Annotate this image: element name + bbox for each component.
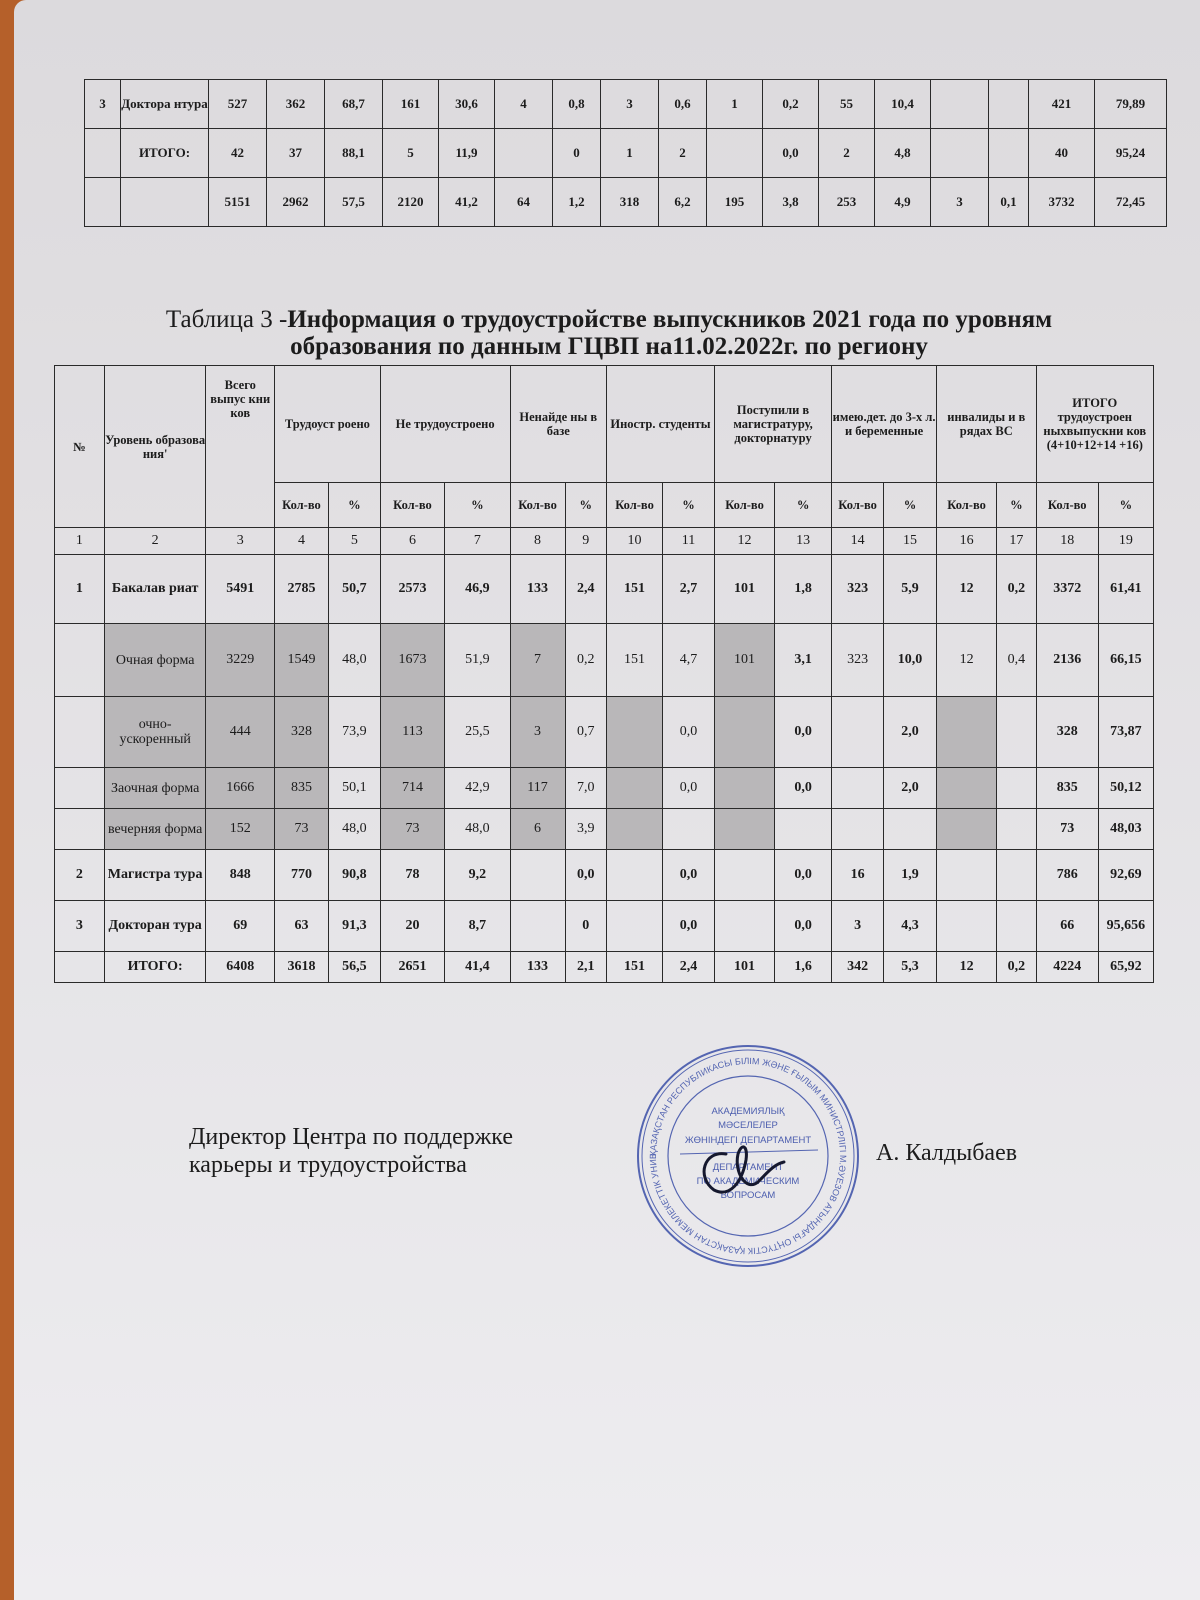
table-cell: 73	[1036, 809, 1098, 850]
column-number: 11	[663, 528, 715, 555]
table-cell: 4,3	[884, 901, 937, 952]
table-cell: 2651	[380, 952, 444, 983]
table-cell: 4,7	[663, 624, 715, 697]
header-level: Уровень образова ния'	[104, 366, 206, 528]
table-cell: 3	[601, 80, 659, 129]
table-cell: 2,1	[565, 952, 607, 983]
table-cell: 113	[380, 697, 444, 768]
table-cell: 90,8	[328, 850, 380, 901]
header-total-employed: ИТОГО трудоустроен ныхвыпускни ков (4+10…	[1036, 366, 1153, 483]
table-cell: 42	[209, 129, 267, 178]
table-cell: 2136	[1036, 624, 1098, 697]
column-number: 14	[832, 528, 884, 555]
table-cell: 10,4	[875, 80, 931, 129]
table-cell: 12	[936, 624, 996, 697]
table-cell	[931, 129, 989, 178]
table-cell	[607, 809, 663, 850]
table-cell: 7,0	[565, 768, 607, 809]
header-qty: Кол-во	[607, 483, 663, 528]
table-cell: 66,15	[1098, 624, 1153, 697]
table-cell: 253	[819, 178, 875, 227]
table-cell: 55	[819, 80, 875, 129]
header-pct: %	[445, 483, 510, 528]
table-cell: 73,87	[1098, 697, 1153, 768]
column-number: 6	[380, 528, 444, 555]
table-cell	[997, 768, 1036, 809]
column-number: 13	[775, 528, 832, 555]
table-cell	[936, 850, 996, 901]
table-cell: 0,8	[553, 80, 601, 129]
table-cell: 0,0	[565, 850, 607, 901]
table-cell: 9,2	[445, 850, 510, 901]
header-foreign: Иностр. студенты	[607, 366, 715, 483]
table-cell: 0,0	[775, 768, 832, 809]
table-cell: 835	[1036, 768, 1098, 809]
table-cell: 50,12	[1098, 768, 1153, 809]
column-number: 16	[936, 528, 996, 555]
table-cell: 61,41	[1098, 555, 1153, 624]
table-cell: 41,2	[439, 178, 495, 227]
row-number	[85, 178, 121, 227]
column-number: 15	[884, 528, 937, 555]
table-cell	[997, 901, 1036, 952]
table-cell: 0,7	[565, 697, 607, 768]
table-cell: 0,0	[763, 129, 819, 178]
svg-text:ЖӨНІНДЕГІ ДЕПАРТАМЕНТ: ЖӨНІНДЕГІ ДЕПАРТАМЕНТ	[685, 1135, 811, 1146]
column-number: 3	[206, 528, 274, 555]
table-cell: 95,24	[1095, 129, 1167, 178]
document-page: 3Доктора нтура52736268,716130,640,830,61…	[14, 0, 1200, 1600]
header-pct: %	[884, 483, 937, 528]
table-cell: 2,4	[565, 555, 607, 624]
table-cell	[607, 901, 663, 952]
table-cell: 10,0	[884, 624, 937, 697]
table-cell: 5,3	[884, 952, 937, 983]
table-cell: 48,0	[328, 809, 380, 850]
table-cell: 57,5	[325, 178, 383, 227]
table-row: 1Бакалав риат5491278550,7257346,91332,41…	[55, 555, 1154, 624]
table-cell	[931, 80, 989, 129]
table-cell: 40	[1029, 129, 1095, 178]
row-number	[55, 768, 105, 809]
row-number: 3	[85, 80, 121, 129]
table-cell: 2120	[383, 178, 439, 227]
column-number: 4	[274, 528, 328, 555]
table-title: Таблица 3 -Информация о трудоустройстве …	[54, 306, 1164, 360]
table-cell: 4,8	[875, 129, 931, 178]
row-label: Доктора нтура	[121, 80, 209, 129]
table-cell: 30,6	[439, 80, 495, 129]
signatory-position: Директор Центра по поддержке карьеры и т…	[189, 1123, 513, 1179]
table-cell: 78	[380, 850, 444, 901]
row-number	[55, 624, 105, 697]
table-cell: 8,7	[445, 901, 510, 952]
table-cell: 0	[565, 901, 607, 952]
previous-table-fragment: 3Доктора нтура52736268,716130,640,830,61…	[84, 79, 1167, 227]
row-number	[55, 809, 105, 850]
table-cell	[832, 809, 884, 850]
table-cell: 0,2	[763, 80, 819, 129]
row-label: ИТОГО:	[104, 952, 206, 983]
column-number: 19	[1098, 528, 1153, 555]
table-cell: 3,8	[763, 178, 819, 227]
header-pct: %	[997, 483, 1036, 528]
row-number: 2	[55, 850, 105, 901]
column-number: 10	[607, 528, 663, 555]
table-cell	[714, 901, 774, 952]
table-cell: 848	[206, 850, 274, 901]
table-cell: 101	[714, 555, 774, 624]
table-cell: 69	[206, 901, 274, 952]
table-cell	[714, 697, 774, 768]
table-cell: 3732	[1029, 178, 1095, 227]
table-cell: 0,0	[663, 850, 715, 901]
table-cell: 4,9	[875, 178, 931, 227]
table-cell: 51,9	[445, 624, 510, 697]
row-number	[55, 697, 105, 768]
header-employed: Трудоуст роено	[274, 366, 380, 483]
row-number	[55, 952, 105, 983]
table-row: ИТОГО:423788,1511,90120,024,84095,24	[85, 129, 1167, 178]
table-cell: 63	[274, 901, 328, 952]
table-cell: 73	[274, 809, 328, 850]
table-row: Заочная форма166683550,171442,91177,00,0…	[55, 768, 1154, 809]
table-cell: 151	[607, 624, 663, 697]
table-cell	[997, 809, 1036, 850]
table-cell: 195	[707, 178, 763, 227]
table-cell: 1,6	[775, 952, 832, 983]
table-cell: 3	[931, 178, 989, 227]
table-cell: 72,45	[1095, 178, 1167, 227]
header-pct: %	[328, 483, 380, 528]
column-number: 1	[55, 528, 105, 555]
table-cell	[607, 850, 663, 901]
table-cell: 48,0	[445, 809, 510, 850]
table-cell	[936, 768, 996, 809]
table-cell: 48,0	[328, 624, 380, 697]
table-cell: 3	[510, 697, 565, 768]
table-cell: 73,9	[328, 697, 380, 768]
table-cell: 0,0	[775, 901, 832, 952]
table-row: 5151296257,5212041,2641,23186,21953,8253…	[85, 178, 1167, 227]
table-cell: 342	[832, 952, 884, 983]
column-number: 18	[1036, 528, 1098, 555]
table-cell: 5491	[206, 555, 274, 624]
table-cell: 161	[383, 80, 439, 129]
table-row: ИТОГО:6408361856,5265141,41332,11512,410…	[55, 952, 1154, 983]
table-cell: 323	[832, 624, 884, 697]
table-cell: 20	[380, 901, 444, 952]
table-cell: 151	[607, 555, 663, 624]
table-cell: 2573	[380, 555, 444, 624]
column-number: 5	[328, 528, 380, 555]
table-cell: 4	[495, 80, 553, 129]
table-cell	[714, 809, 774, 850]
table-cell: 73	[380, 809, 444, 850]
header-not-found: Ненайде ны в базе	[510, 366, 607, 483]
table-cell: 2,7	[663, 555, 715, 624]
table-cell: 421	[1029, 80, 1095, 129]
table-cell: 5151	[209, 178, 267, 227]
table-cell: 101	[714, 952, 774, 983]
table-cell	[989, 80, 1029, 129]
table-row: вечерняя форма1527348,07348,063,97348,03	[55, 809, 1154, 850]
table-cell: 0,2	[997, 555, 1036, 624]
table-cell: 5	[383, 129, 439, 178]
table-cell: 12	[936, 555, 996, 624]
table-cell: 770	[274, 850, 328, 901]
table-cell	[663, 809, 715, 850]
header-pct: %	[1098, 483, 1153, 528]
table-cell: 0,0	[663, 768, 715, 809]
table-cell	[997, 850, 1036, 901]
table-cell: 0,6	[659, 80, 707, 129]
table-cell: 6408	[206, 952, 274, 983]
table-cell: 2962	[267, 178, 325, 227]
table-cell: 2,0	[884, 697, 937, 768]
table-cell	[510, 850, 565, 901]
signatory-name: А. Калдыбаев	[876, 1140, 1017, 1167]
table-cell	[714, 850, 774, 901]
header-masters: Поступили в магистратуру, докторнатуру	[714, 366, 831, 483]
table-cell: 328	[1036, 697, 1098, 768]
table-cell: 92,69	[1098, 850, 1153, 901]
table-cell: 3	[832, 901, 884, 952]
header-pct: %	[775, 483, 832, 528]
table-cell: 0	[553, 129, 601, 178]
column-number: 12	[714, 528, 774, 555]
column-number: 2	[104, 528, 206, 555]
table-cell: 1673	[380, 624, 444, 697]
row-number	[85, 129, 121, 178]
table-row: Очная форма3229154948,0167351,970,21514,…	[55, 624, 1154, 697]
table-cell: 323	[832, 555, 884, 624]
table-cell	[884, 809, 937, 850]
header-num: №	[55, 366, 105, 528]
table-cell: 835	[274, 768, 328, 809]
row-label: вечерняя форма	[104, 809, 206, 850]
table-cell: 50,7	[328, 555, 380, 624]
table-cell: 362	[267, 80, 325, 129]
table-cell: 1,2	[553, 178, 601, 227]
column-number: 17	[997, 528, 1036, 555]
table-cell: 3372	[1036, 555, 1098, 624]
table-cell	[607, 768, 663, 809]
row-label: Заочная форма	[104, 768, 206, 809]
table-cell	[714, 768, 774, 809]
row-number: 3	[55, 901, 105, 952]
header-disabled: инвалиды и в рядах ВС	[936, 366, 1036, 483]
table-row: 3Докторан тура696391,3208,700,00,034,366…	[55, 901, 1154, 952]
table-cell: 6	[510, 809, 565, 850]
table-cell: 2785	[274, 555, 328, 624]
table-cell: 2,4	[663, 952, 715, 983]
table-cell: 7	[510, 624, 565, 697]
header-qty: Кол-во	[510, 483, 565, 528]
table-cell: 1666	[206, 768, 274, 809]
table-cell	[936, 901, 996, 952]
table-cell: 151	[607, 952, 663, 983]
row-label: очно-ускоренный	[104, 697, 206, 768]
table-cell: 1,9	[884, 850, 937, 901]
header-total: Всего выпус кни ков	[206, 366, 274, 528]
table-row: очно-ускоренный44432873,911325,530,70,00…	[55, 697, 1154, 768]
table-cell	[832, 697, 884, 768]
row-label: ИТОГО:	[121, 129, 209, 178]
row-label	[121, 178, 209, 227]
table-cell: 50,1	[328, 768, 380, 809]
column-number: 8	[510, 528, 565, 555]
header-children: имею.дет. до 3-х л. и беременные	[832, 366, 937, 483]
row-label: Докторан тура	[104, 901, 206, 952]
table-cell: 2	[819, 129, 875, 178]
table-cell: 66	[1036, 901, 1098, 952]
table-row: 3Доктора нтура52736268,716130,640,830,61…	[85, 80, 1167, 129]
header-qty: Кол-во	[274, 483, 328, 528]
table-cell: 1,8	[775, 555, 832, 624]
row-label: Магистра тура	[104, 850, 206, 901]
table-cell: 6,2	[659, 178, 707, 227]
table-cell: 0,0	[663, 697, 715, 768]
table-cell: 56,5	[328, 952, 380, 983]
table-cell: 714	[380, 768, 444, 809]
table-cell: 68,7	[325, 80, 383, 129]
table-cell: 65,92	[1098, 952, 1153, 983]
table-cell: 0,2	[997, 952, 1036, 983]
employment-table: № Уровень образова ния' Всего выпус кни …	[54, 365, 1154, 983]
table-cell: 37	[267, 129, 325, 178]
table-cell	[607, 697, 663, 768]
table-cell: 0,4	[997, 624, 1036, 697]
svg-text:АКАДЕМИЯЛЫҚ: АКАДЕМИЯЛЫҚ	[711, 1106, 785, 1117]
table-cell	[936, 697, 996, 768]
table-cell: 0,1	[989, 178, 1029, 227]
table-cell	[510, 901, 565, 952]
table-cell	[936, 809, 996, 850]
row-label: Очная форма	[104, 624, 206, 697]
table-cell: 0,0	[775, 850, 832, 901]
table-cell: 5,9	[884, 555, 937, 624]
header-not-employed: Не трудоустроено	[380, 366, 510, 483]
table-cell	[989, 129, 1029, 178]
row-label: Бакалав риат	[104, 555, 206, 624]
table-cell: 25,5	[445, 697, 510, 768]
table-cell: 88,1	[325, 129, 383, 178]
table-cell: 133	[510, 555, 565, 624]
table-cell: 0,2	[565, 624, 607, 697]
stamp-icon: ҚАЗАҚСТАН РЕСПУБЛИКАСЫ БІЛІМ ЖӘНЕ ҒЫЛЫМ …	[634, 1042, 862, 1270]
table-cell: 152	[206, 809, 274, 850]
table-cell: 786	[1036, 850, 1098, 901]
table-cell: 1	[601, 129, 659, 178]
header-qty: Кол-во	[832, 483, 884, 528]
table-cell: 64	[495, 178, 553, 227]
table-cell: 444	[206, 697, 274, 768]
table-cell: 95,656	[1098, 901, 1153, 952]
table-cell	[495, 129, 553, 178]
table-cell: 91,3	[328, 901, 380, 952]
svg-text:МӘСЕЛЕЛЕР: МӘСЕЛЕЛЕР	[718, 1120, 778, 1131]
table-cell: 0,0	[663, 901, 715, 952]
row-number: 1	[55, 555, 105, 624]
table-cell	[997, 697, 1036, 768]
table-cell: 133	[510, 952, 565, 983]
table-cell: 1	[707, 80, 763, 129]
table-row: 2Магистра тура84877090,8789,20,00,00,016…	[55, 850, 1154, 901]
table-cell: 2	[659, 129, 707, 178]
header-pct: %	[565, 483, 607, 528]
header-qty: Кол-во	[936, 483, 996, 528]
table-cell	[832, 768, 884, 809]
header-pct: %	[663, 483, 715, 528]
table-cell: 46,9	[445, 555, 510, 624]
table-cell: 16	[832, 850, 884, 901]
header-qty: Кол-во	[380, 483, 444, 528]
table-cell: 11,9	[439, 129, 495, 178]
table-cell: 12	[936, 952, 996, 983]
table-cell: 2,0	[884, 768, 937, 809]
table-cell: 117	[510, 768, 565, 809]
table-cell	[775, 809, 832, 850]
table-cell: 3229	[206, 624, 274, 697]
table-cell: 42,9	[445, 768, 510, 809]
table-cell: 3,1	[775, 624, 832, 697]
column-number: 9	[565, 528, 607, 555]
table-cell: 41,4	[445, 952, 510, 983]
table-cell: 4224	[1036, 952, 1098, 983]
table-cell: 3618	[274, 952, 328, 983]
column-number: 7	[445, 528, 510, 555]
table-cell: 79,89	[1095, 80, 1167, 129]
table-cell: 1549	[274, 624, 328, 697]
table-cell: 527	[209, 80, 267, 129]
table-cell: 328	[274, 697, 328, 768]
table-cell: 3,9	[565, 809, 607, 850]
header-qty: Кол-во	[714, 483, 774, 528]
header-qty: Кол-во	[1036, 483, 1098, 528]
table-cell: 48,03	[1098, 809, 1153, 850]
table-cell	[707, 129, 763, 178]
table-cell: 0,0	[775, 697, 832, 768]
table-cell: 318	[601, 178, 659, 227]
table-cell: 101	[714, 624, 774, 697]
